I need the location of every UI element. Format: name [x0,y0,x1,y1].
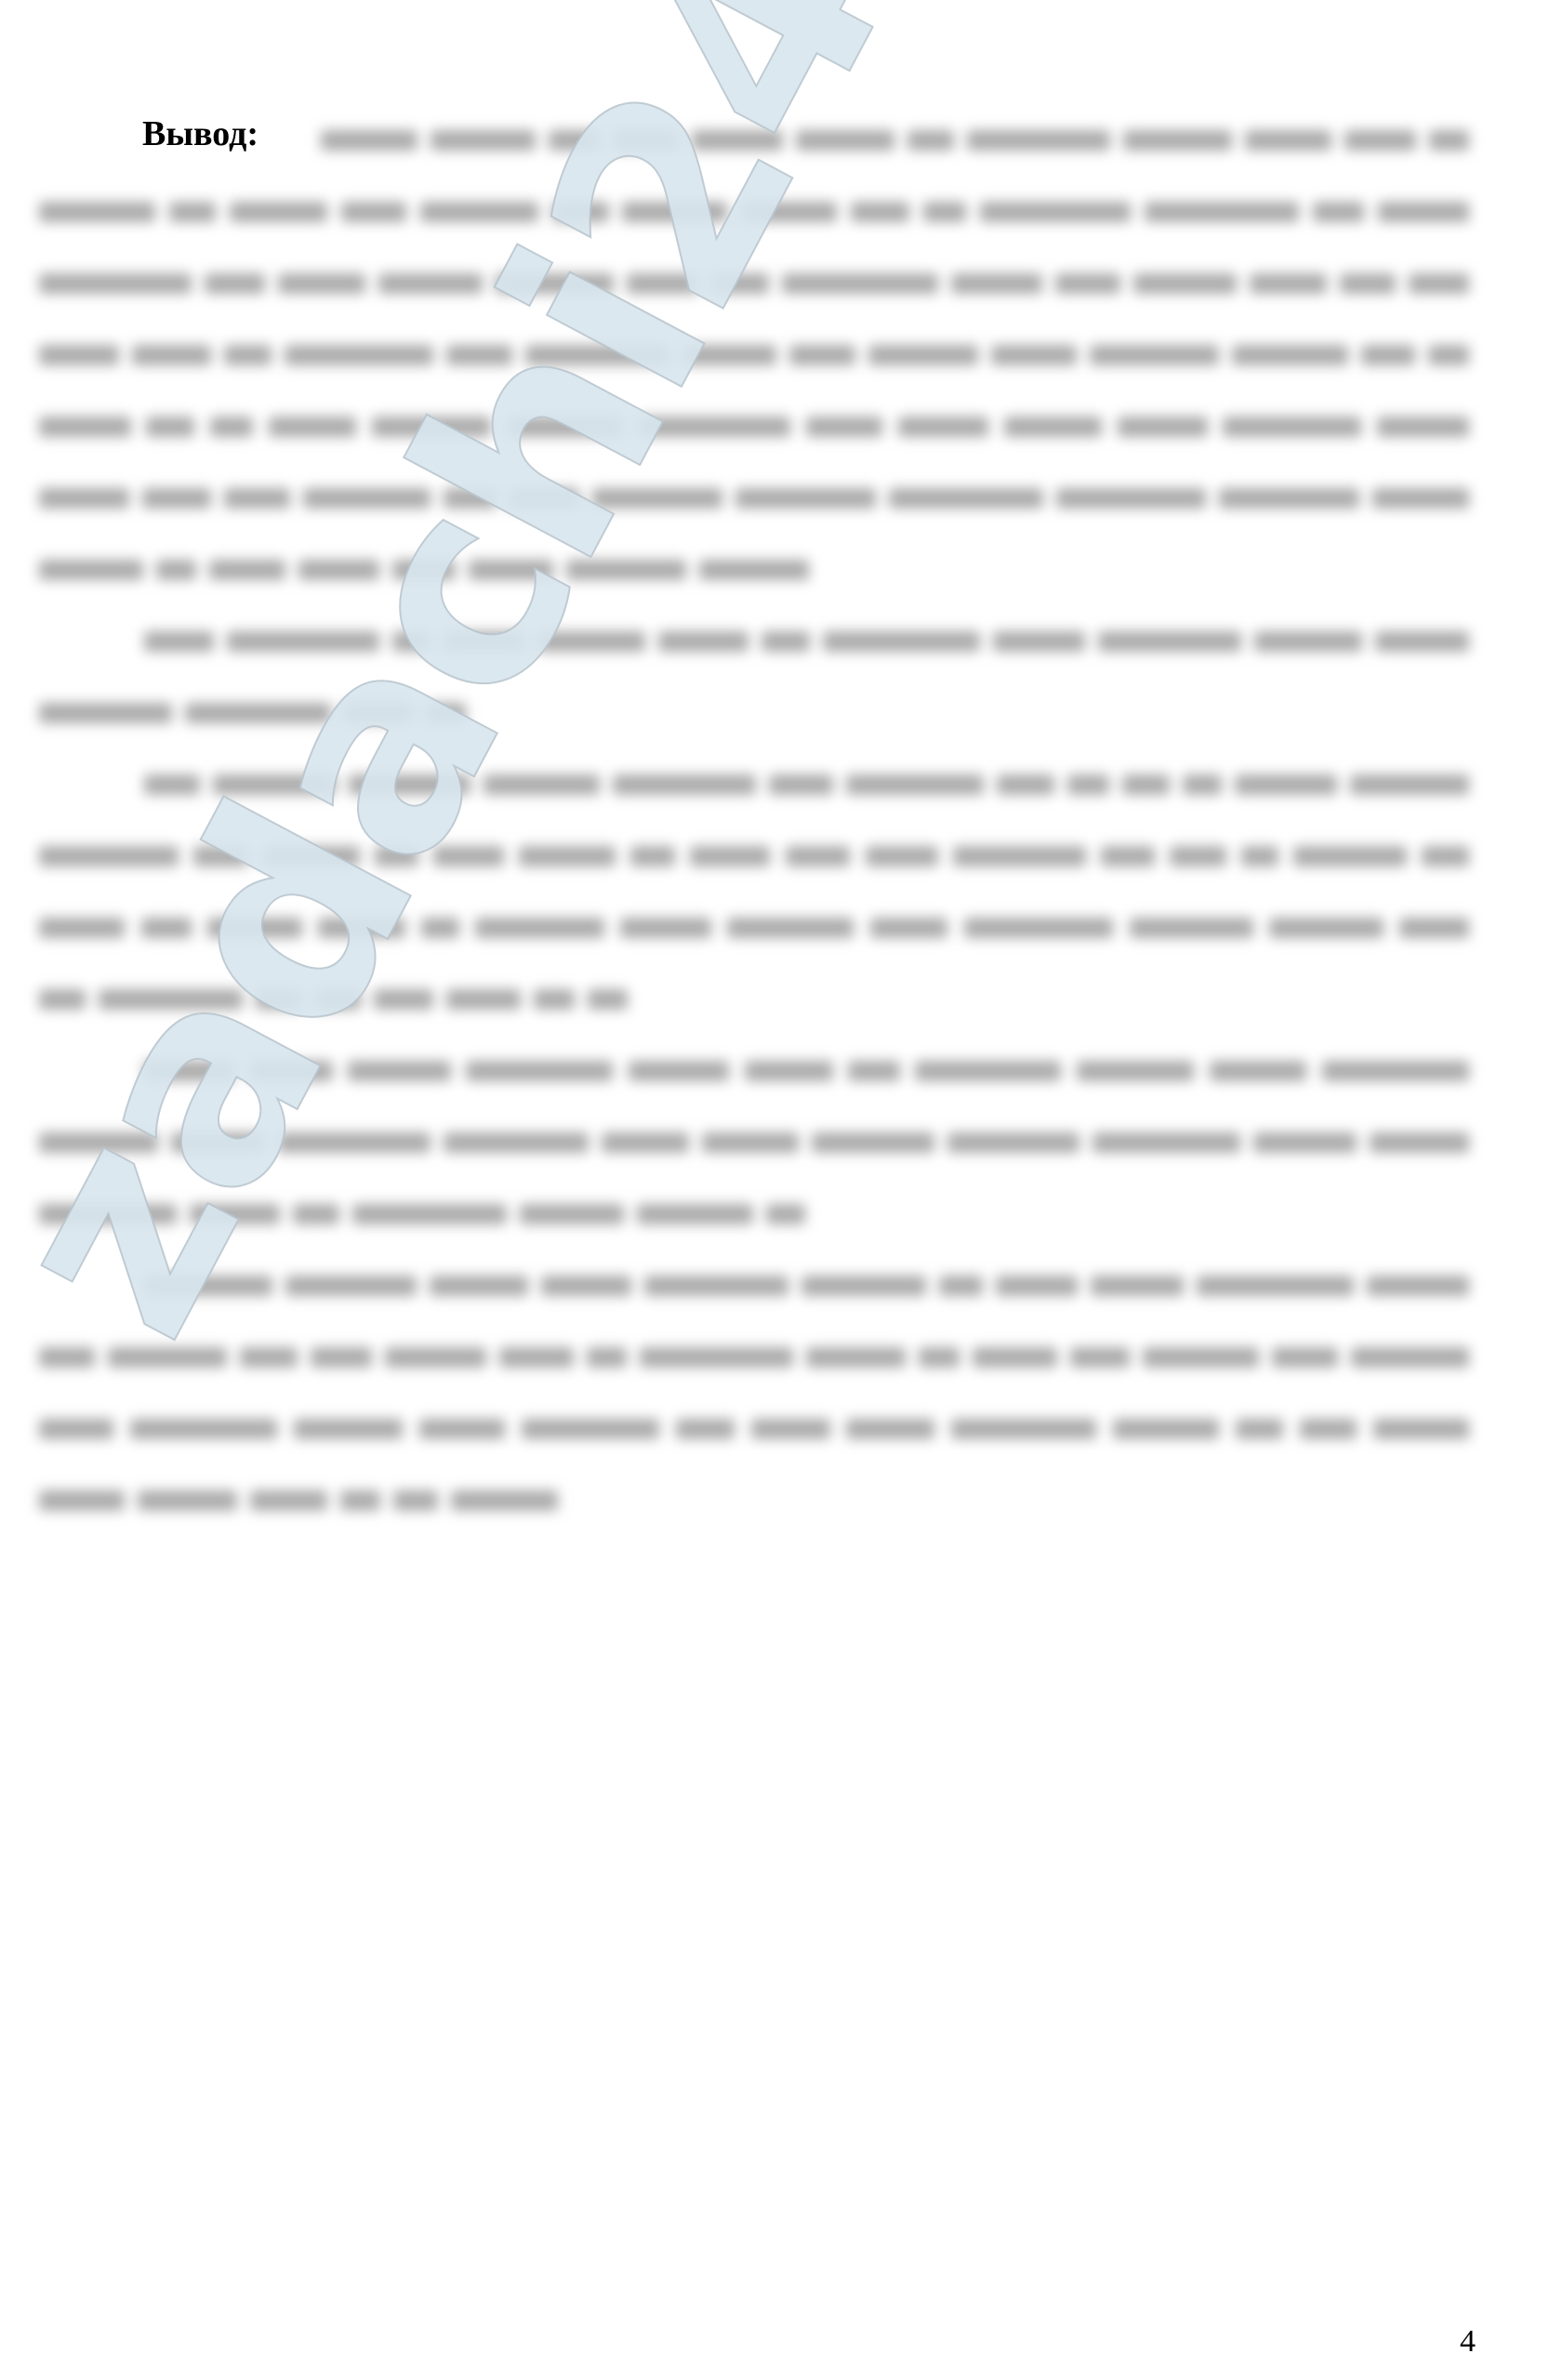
obscured-text-line [39,1490,558,1511]
page-number: 4 [1460,2324,1476,2360]
obscured-text-line [39,1419,1469,1439]
obscured-text-line [39,488,1469,509]
obscured-text-line [321,130,1469,151]
obscured-text-line [39,1347,1469,1368]
obscured-text-line [39,416,1469,437]
document-page: Вывод: zadachi24.ru 4 [0,0,1563,2380]
conclusion-heading: Вывод: [142,113,258,154]
obscured-text-line [144,1276,1469,1296]
